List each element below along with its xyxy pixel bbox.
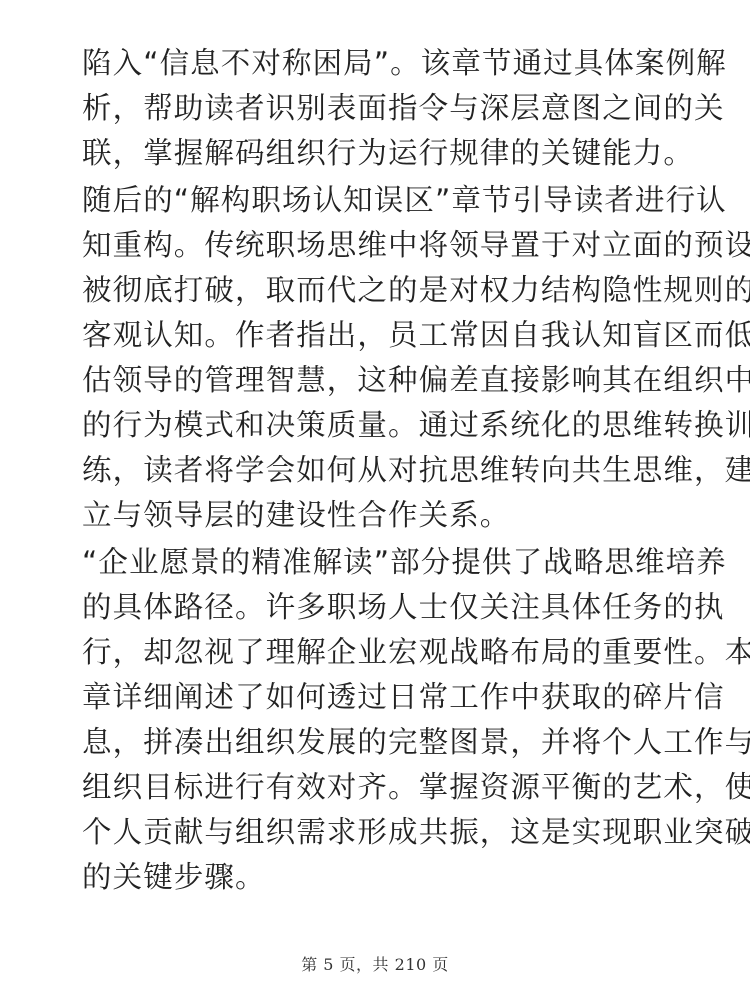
- text-line: 客观认知。作者指出，员工常因自我认知盲区而低: [82, 313, 682, 358]
- paragraph-1: 陷入“信息不对称困局”。该章节通过具体案例解 析，帮助读者识别表面指令与深层意图…: [82, 41, 682, 176]
- document-page: 陷入“信息不对称困局”。该章节通过具体案例解 析，帮助读者识别表面指令与深层意图…: [0, 0, 750, 1000]
- text-line: 的具体路径。许多职场人士仅关注具体任务的执: [82, 585, 682, 630]
- text-line: 息，拼凑出组织发展的完整图景，并将个人工作与: [82, 720, 682, 765]
- text-line: 陷入“信息不对称困局”。该章节通过具体案例解: [82, 41, 682, 86]
- text-line: 章详细阐述了如何透过日常工作中获取的碎片信: [82, 675, 682, 720]
- document-body: 陷入“信息不对称困局”。该章节通过具体案例解 析，帮助读者识别表面指令与深层意图…: [82, 41, 682, 902]
- paragraph-3: “企业愿景的精准解读”部分提供了战略思维培养 的具体路径。许多职场人士仅关注具体…: [82, 540, 682, 900]
- paragraph-2: 随后的“解构职场认知误区”章节引导读者进行认 知重构。传统职场思维中将领导置于对…: [82, 178, 682, 538]
- text-line: 被彻底打破，取而代之的是对权力结构隐性规则的: [82, 268, 682, 313]
- text-line: 随后的“解构职场认知误区”章节引导读者进行认: [82, 178, 682, 223]
- text-line: 练，读者将学会如何从对抗思维转向共生思维，建: [82, 448, 682, 493]
- text-line: 析，帮助读者识别表面指令与深层意图之间的关: [82, 86, 682, 131]
- text-line: 立与领导层的建设性合作关系。: [82, 493, 682, 538]
- text-line: 估领导的管理智慧，这种偏差直接影响其在组织中: [82, 358, 682, 403]
- text-line: 联，掌握解码组织行为运行规律的关键能力。: [82, 131, 682, 176]
- text-line: 组织目标进行有效对齐。掌握资源平衡的艺术，使: [82, 765, 682, 810]
- text-line: 知重构。传统职场思维中将领导置于对立面的预设: [82, 223, 682, 268]
- text-line: 个人贡献与组织需求形成共振，这是实现职业突破: [82, 810, 682, 855]
- text-line: 的关键步骤。: [82, 855, 682, 900]
- page-indicator: 第 5 页，共 210 页: [0, 952, 750, 975]
- text-line: 行，却忽视了理解企业宏观战略布局的重要性。本: [82, 630, 682, 675]
- text-line: “企业愿景的精准解读”部分提供了战略思维培养: [82, 540, 682, 585]
- text-line: 的行为模式和决策质量。通过系统化的思维转换训: [82, 403, 682, 448]
